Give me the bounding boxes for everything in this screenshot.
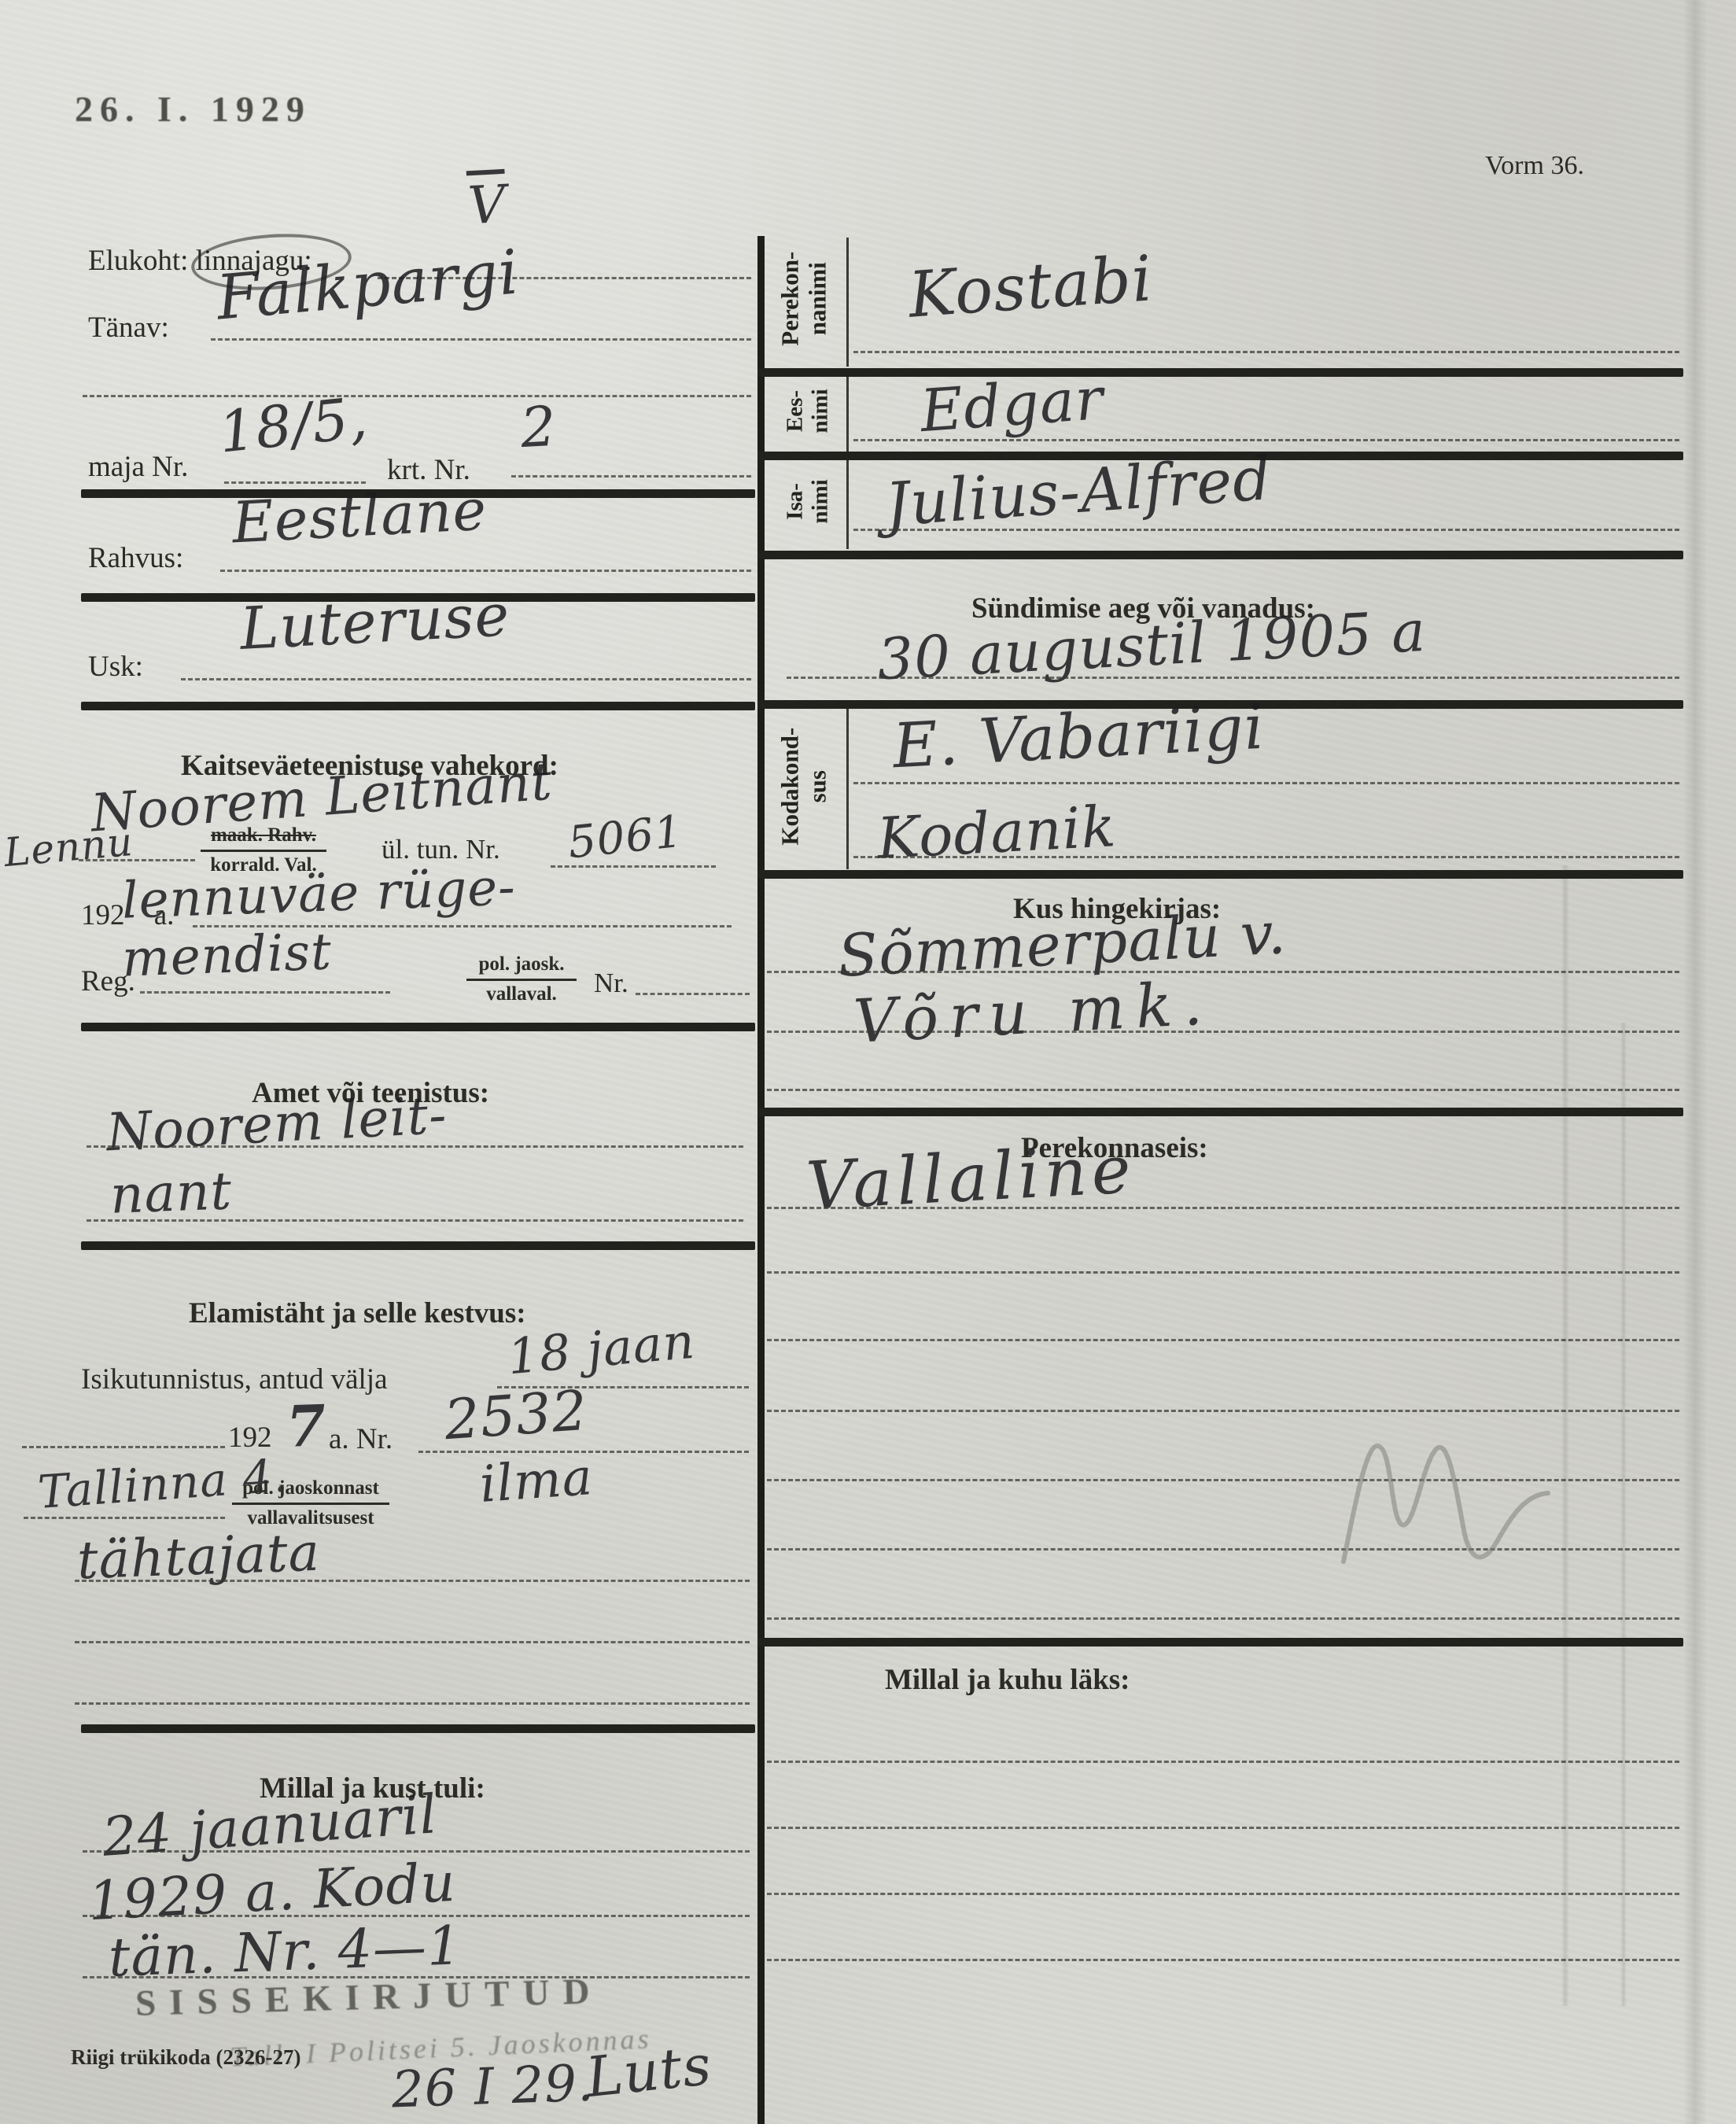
perekonnanimi-label: Perekon- nanimi xyxy=(776,228,831,370)
elukoht-value-handwriting: V xyxy=(466,174,508,236)
column-divider xyxy=(757,236,765,2124)
dotted-line xyxy=(75,1641,750,1643)
perekonnaseis-value-handwriting: Vallaline xyxy=(805,1130,1137,1225)
section-rule xyxy=(81,1724,755,1733)
dotted-line xyxy=(767,1827,1679,1829)
pol-jaosk-fraction: pol. jaosk. vallaval. xyxy=(466,953,577,1006)
dotted-line xyxy=(853,782,1679,784)
entry-date-handwriting: 26 I 29. xyxy=(391,2055,595,2120)
dotted-line xyxy=(24,1517,225,1519)
label-cell-rule xyxy=(846,460,849,549)
dotted-line xyxy=(75,1702,750,1705)
usk-label: Usk: xyxy=(88,650,143,684)
form-number: Vorm 36. xyxy=(1485,151,1584,181)
dotted-line xyxy=(220,570,751,572)
krt-nr-value-handwriting: 2 xyxy=(519,394,558,460)
dotted-line xyxy=(853,529,1679,531)
section-rule xyxy=(757,1638,1683,1646)
dotted-line xyxy=(75,1580,750,1582)
dotted-line xyxy=(767,1031,1679,1033)
pol-jaosk-label: pol. jaosk. xyxy=(466,953,577,981)
isik-a-nr-label: a. Nr. xyxy=(329,1422,393,1456)
registration-form-page: 26. I. 1929 Vorm 36. Elukoht: linnajagu:… xyxy=(0,0,1736,2124)
isanimi-label: Isa- nimi xyxy=(783,454,834,548)
kaitse-value3-handwriting: mendist xyxy=(121,923,333,988)
isik-date-value-handwriting: 18 jaan xyxy=(505,1312,697,1386)
eesnimi-label: Ees- nimi xyxy=(783,367,834,454)
dotted-line xyxy=(767,1959,1679,1961)
kodakondsus-value2-handwriting: Kodanik xyxy=(875,793,1118,872)
ul-tun-nr-value-handwriting: 5061 xyxy=(566,806,686,869)
dotted-line xyxy=(767,1761,1679,1763)
dotted-line xyxy=(853,856,1679,858)
dotted-line xyxy=(853,439,1679,441)
signature-handwriting: Luts xyxy=(583,2033,714,2110)
maja-nr-label: maja Nr. xyxy=(88,450,188,484)
paper-edge-shadow xyxy=(1683,0,1707,2124)
dotted-line xyxy=(83,395,751,397)
printer-note: Riigi trükikoda (2326-27) xyxy=(71,2045,301,2070)
dotted-line xyxy=(87,1145,743,1148)
label-cell-rule xyxy=(846,238,849,367)
received-date-stamp: 26. I. 1929 xyxy=(75,88,311,130)
section-rule xyxy=(81,1241,755,1250)
section-rule xyxy=(757,368,1683,377)
kaitse-left-note-handwriting: Lennu xyxy=(2,819,135,876)
ilma-value-handwriting: ilma xyxy=(478,1448,595,1514)
section-rule xyxy=(81,702,755,710)
dotted-line xyxy=(83,1850,750,1853)
dotted-line xyxy=(211,338,751,341)
dotted-line xyxy=(767,971,1679,973)
paper-crease xyxy=(1620,1023,1627,2006)
amet-value1-handwriting: Noorem leit- xyxy=(105,1085,448,1163)
dotted-line xyxy=(22,1446,225,1448)
millal-laks-title: Millal ja kuhu läks: xyxy=(885,1663,1130,1697)
dotted-line xyxy=(767,1617,1679,1620)
dotted-line xyxy=(79,859,195,861)
dotted-line xyxy=(767,1207,1679,1209)
rahvus-value-handwriting: Eestlane xyxy=(230,477,488,556)
perekonnanimi-value-handwriting: Kostabi xyxy=(906,242,1155,331)
kaitse-value2-handwriting: lennuväe rüge- xyxy=(121,858,517,930)
usk-value-handwriting: Luteruse xyxy=(238,581,511,663)
label-cell-rule xyxy=(846,709,849,869)
kodakondsus-label: Kodakond- sus xyxy=(776,704,831,869)
pencil-scribble-mark xyxy=(1329,1400,1565,1581)
dotted-line xyxy=(87,1219,743,1222)
isik-year-value-handwriting: 7 xyxy=(286,1392,328,1460)
pol-jaoskonnast-label: pol. jaoskonnast xyxy=(232,1477,389,1505)
section-rule xyxy=(81,1023,755,1031)
dotted-line xyxy=(511,475,751,478)
vallaval-label: vallaval. xyxy=(466,981,577,1006)
dotted-line xyxy=(767,1089,1679,1091)
dotted-line xyxy=(767,1271,1679,1274)
elamistaht-title: Elamistäht ja selle kestvus: xyxy=(189,1296,526,1330)
dotted-line xyxy=(853,351,1679,353)
isik-nr-value-handwriting: 2532 xyxy=(442,1378,589,1453)
label-cell-rule xyxy=(846,377,849,452)
section-rule xyxy=(757,1108,1683,1116)
dotted-line xyxy=(181,678,751,680)
section-rule xyxy=(757,551,1683,559)
amet-value2-handwriting: nant xyxy=(109,1160,233,1225)
dotted-line xyxy=(551,865,716,868)
maak-rahv-label: maak. Rahv. xyxy=(201,824,326,852)
dotted-line xyxy=(140,991,390,994)
section-rule xyxy=(757,870,1683,879)
dotted-line xyxy=(787,677,1679,679)
reg-label: Reg. xyxy=(81,964,135,998)
dotted-line xyxy=(767,1893,1679,1895)
year-192a-label: 192 a. xyxy=(81,898,174,932)
eesnimi-value-handwriting: Edgar xyxy=(918,365,1106,445)
reg-nr-label: Nr. xyxy=(594,968,628,999)
tanav-label: Tänav: xyxy=(88,311,169,345)
rahvus-label: Rahvus: xyxy=(88,541,183,575)
isikutunnistus-label: Isikutunnistus, antud välja xyxy=(81,1363,388,1396)
dotted-line xyxy=(767,1339,1679,1341)
dotted-line xyxy=(636,993,750,995)
